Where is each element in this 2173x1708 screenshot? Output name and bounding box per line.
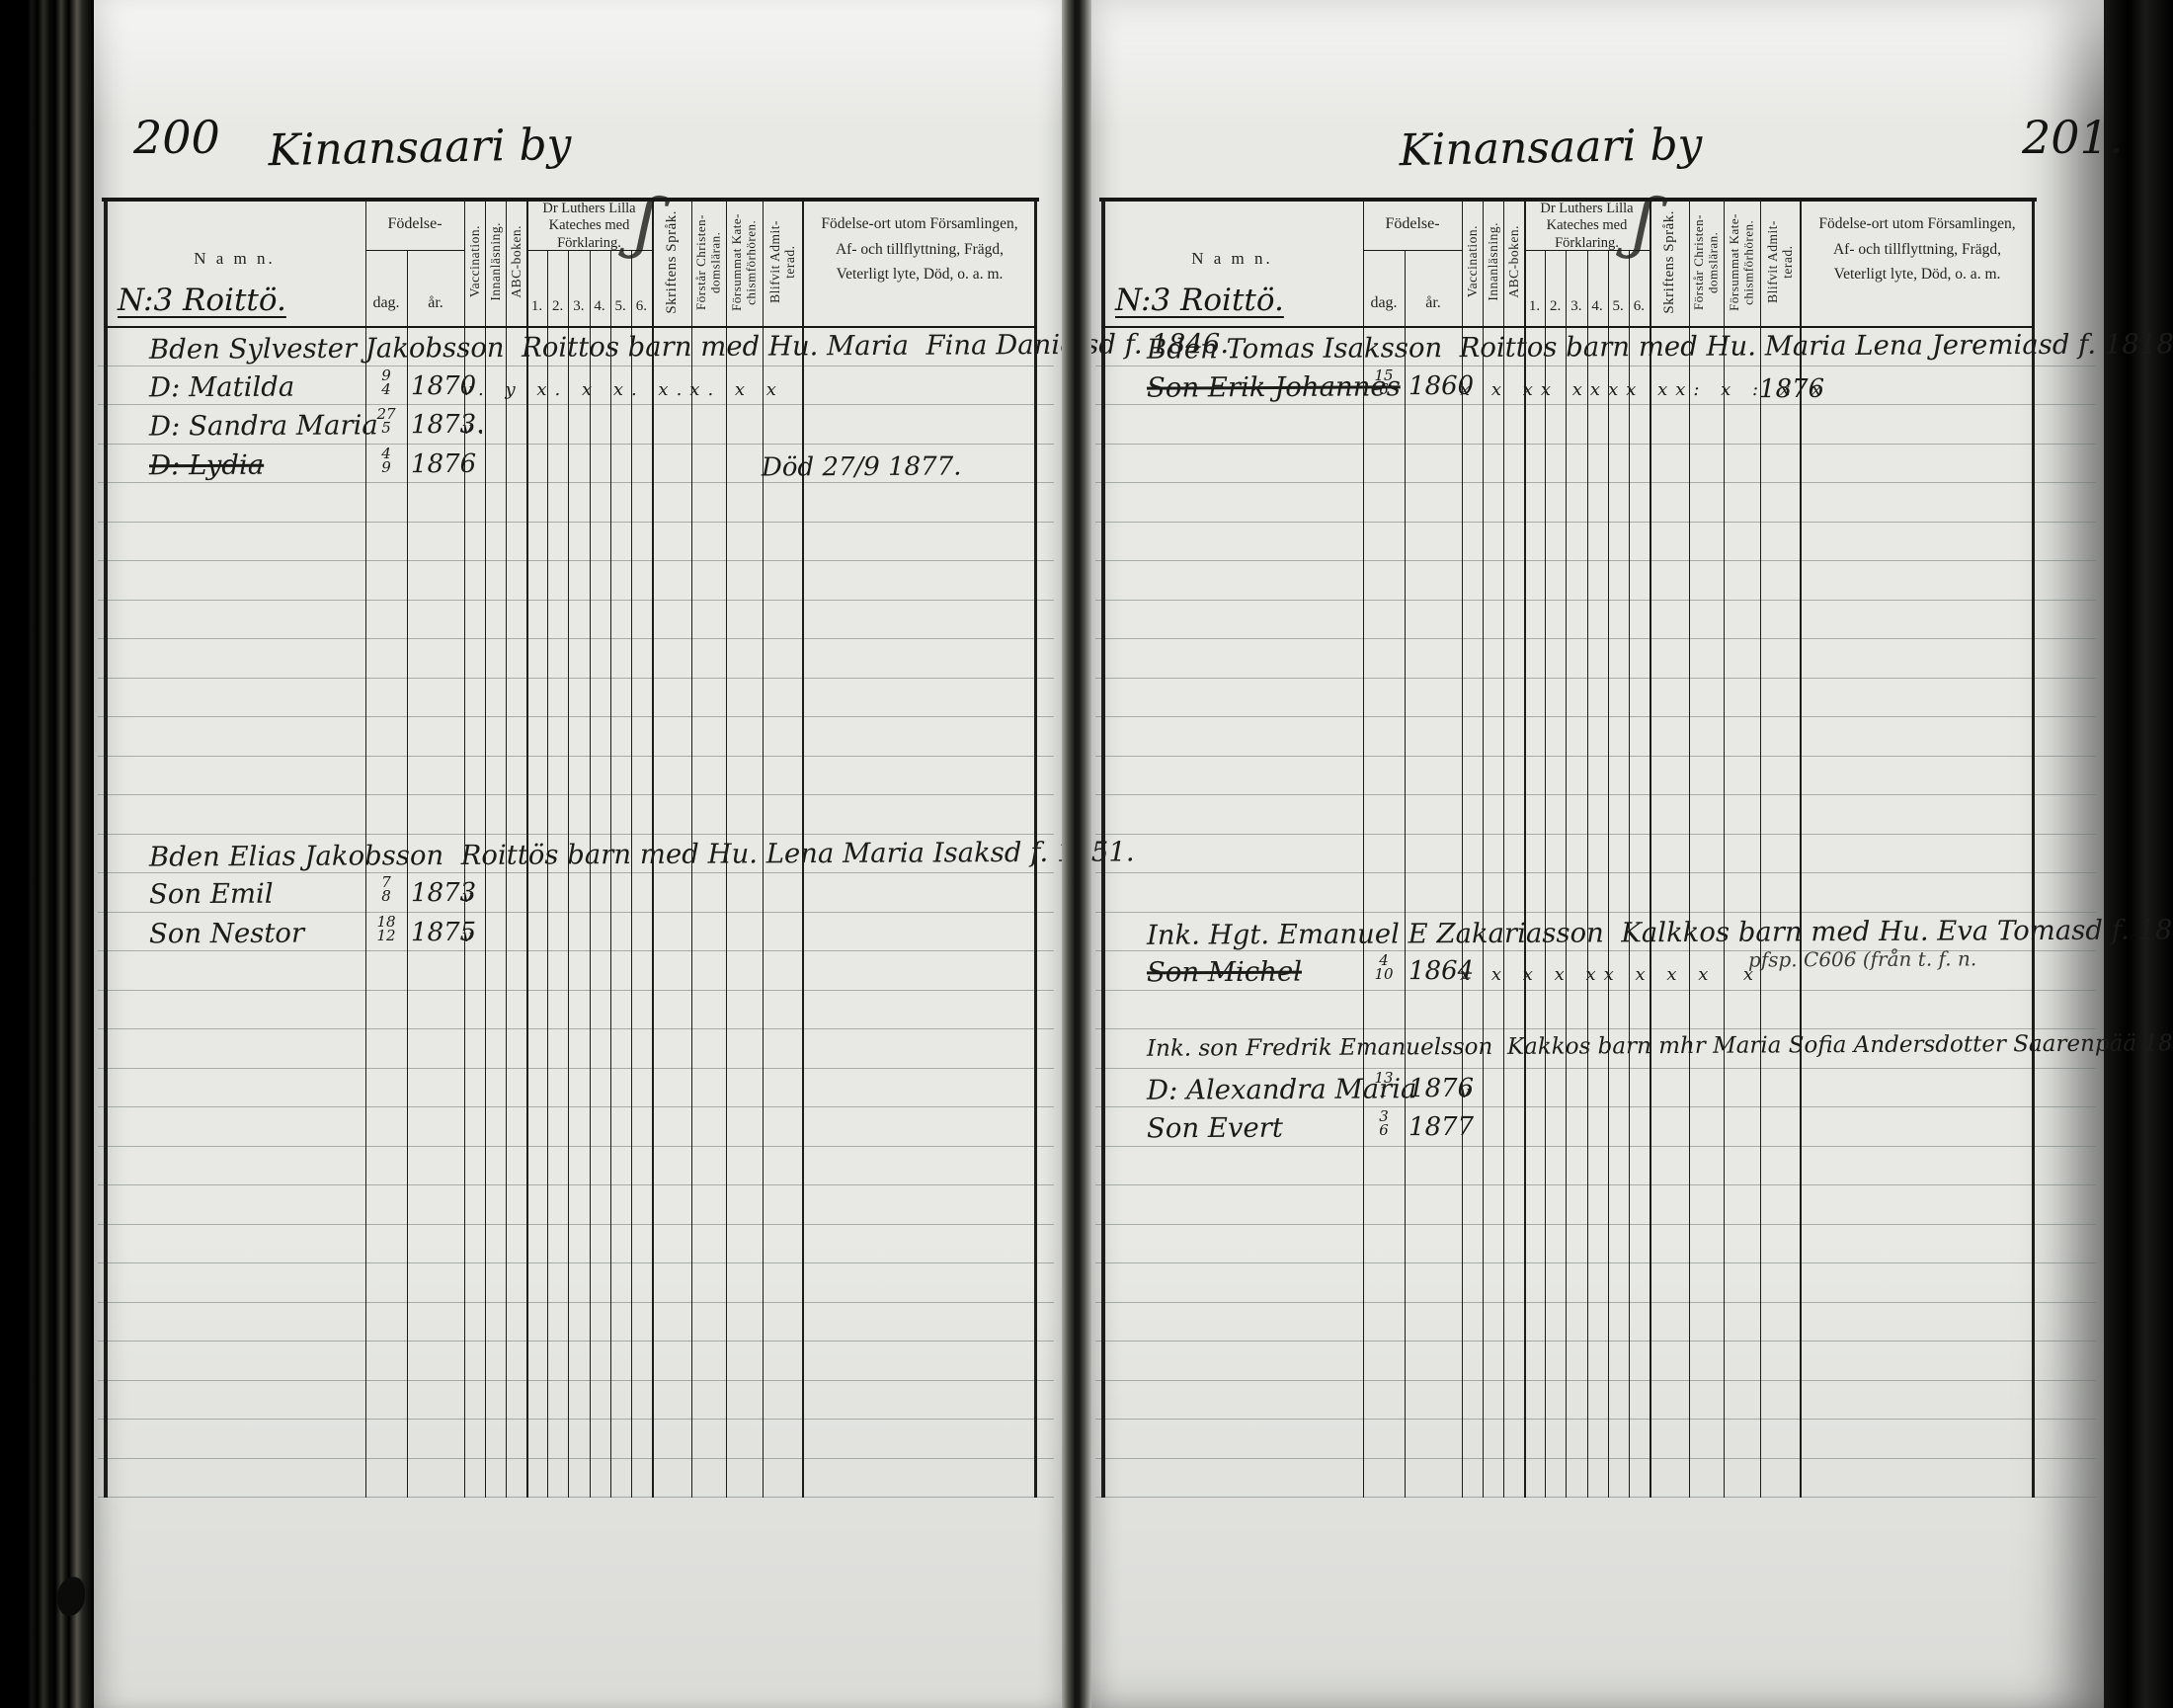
left-page: 200 Kinansaari by N:3 Roittö. N a m n.Fö… <box>94 0 1062 1708</box>
column-header-blifvit-admitterad: Blifvit Admit- terad. <box>1760 201 1800 323</box>
right-book-edge <box>2104 0 2173 1708</box>
table-column-line <box>568 250 569 1498</box>
birth-day: 15 6 <box>1368 368 1400 397</box>
table-column-line <box>2032 198 2035 1498</box>
table-column-line <box>1566 250 1567 1498</box>
column-header-skriftens-sprak: Skriftens Språk. <box>652 201 691 323</box>
section-label: N:3 Roittö. <box>1115 283 1284 318</box>
column-header-abc-boken: ABC-boken. <box>1503 201 1524 323</box>
column-header-kateches-5: 5. <box>1608 298 1629 315</box>
table-column-line <box>1101 198 1105 1498</box>
table-column-line <box>1629 250 1630 1498</box>
record-marks: v. <box>462 418 492 439</box>
table-column-line <box>590 250 591 1498</box>
column-header-kateches-1: 1. <box>1524 298 1545 315</box>
table-column-line <box>1545 250 1546 1498</box>
table-subheader-line <box>1363 250 1462 251</box>
record-table: N:3 Roittö. N a m n.Födelse-dag.år.Vacci… <box>1101 198 2035 1498</box>
record-marks: x x x x xx x x x x <box>1460 964 1761 985</box>
birth-day: 13 1 <box>1368 1071 1400 1099</box>
birth-day: 27 5 <box>370 407 402 436</box>
table-header-bottom-line <box>104 326 1037 328</box>
entry-name: D: Matilda <box>149 370 294 403</box>
column-header-namn: N a m n. <box>104 249 365 269</box>
column-header-forsummat-katechismforhoren: Försummat Kate- chismförhören. <box>1724 201 1760 323</box>
page-title: Kinansaari by <box>193 118 648 178</box>
record-table: N:3 Roittö. N a m n.Födelse-dag.år.Vacci… <box>104 198 1037 1498</box>
column-header-blifvit-admitterad-label: Blifvit Admit- terad. <box>1765 220 1795 303</box>
table-column-line <box>610 250 611 1498</box>
column-header-dag: dag. <box>1363 294 1405 312</box>
column-header-kateches-3: 3. <box>568 298 589 315</box>
column-header-kateches-3: 3. <box>1566 298 1586 315</box>
record-marks: v <box>1460 1082 1478 1102</box>
column-header-abc-boken-label: ABC-boken. <box>509 225 523 298</box>
column-header-forsummat-katechismforhoren: Försummat Kate- chismförhören. <box>726 201 763 323</box>
birth-day: 4 10 <box>1368 953 1400 982</box>
column-header-abc-boken-label: ABC-boken. <box>1506 225 1521 298</box>
record-marks: v <box>462 926 480 946</box>
birth-year: 1877 <box>1408 1112 1474 1142</box>
table-column-line <box>1405 250 1406 1498</box>
entry-line: Ink. Hgt. Emanuel E Zakariasson Kalkkos … <box>1147 914 2173 951</box>
column-header-fodelseort: Födelse-ort utom Församlingen, Af- och t… <box>802 211 1037 287</box>
table-column-line <box>407 250 408 1498</box>
birth-day: 9 4 <box>370 368 402 397</box>
column-header-innanlasning-label: Innanläsning. <box>1486 222 1500 301</box>
column-header-forstar-christendomslaran: Förstår Christen- domsläran. <box>691 201 726 323</box>
column-header-vaccination: Vaccination. <box>464 201 485 323</box>
table-column-line <box>104 198 108 1498</box>
column-header-kateches-2: 2. <box>547 298 568 315</box>
binding-gutter <box>1062 0 1091 1708</box>
entry-note: Död 27/9 1877. <box>762 451 962 482</box>
column-header-kateches-1: 1. <box>526 298 547 315</box>
column-header-forsummat-katechismforhoren-label: Försummat Kate- chismförhören. <box>730 213 759 311</box>
column-header-forstar-christendomslaran-label: Förstår Christen- domsläran. <box>1692 214 1721 310</box>
section-label: N:3 Roittö. <box>118 283 286 318</box>
entry-line: Bden Tomas Isaksson Roittos barn med Hu.… <box>1147 328 2173 365</box>
column-header-fodelse: Födelse- <box>365 215 464 233</box>
column-header-ar: år. <box>407 294 464 312</box>
table-column-line <box>547 250 548 1498</box>
table-column-line <box>1608 250 1609 1498</box>
entry-name: Son Evert <box>1147 1112 1283 1145</box>
birth-day: 7 8 <box>370 875 402 904</box>
column-header-forsummat-katechismforhoren-label: Försummat Kate- chismförhören. <box>1728 213 1756 311</box>
entry-name: Son Erik Johannes <box>1147 370 1401 403</box>
entry-name: D: Lydia <box>149 448 264 481</box>
birth-day: 18 12 <box>370 915 402 943</box>
page-title: Kinansaari by <box>1324 118 1779 178</box>
book-spread: 200 Kinansaari by N:3 Roittö. N a m n.Fö… <box>0 0 2173 1708</box>
table-header-bottom-line <box>1101 326 2035 328</box>
column-header-innanlasning: Innanläsning. <box>1483 201 1503 323</box>
column-header-vaccination: Vaccination. <box>1462 201 1483 323</box>
column-header-kateches-6: 6. <box>1629 298 1650 315</box>
column-header-innanlasning: Innanläsning. <box>485 201 506 323</box>
table-column-line <box>1587 250 1588 1498</box>
page-number: 201. <box>2022 111 2123 164</box>
column-header-ar: år. <box>1405 294 1462 312</box>
column-header-vaccination-label: Vaccination. <box>1465 225 1480 297</box>
entry-note: 1876 <box>1759 373 1824 403</box>
column-header-abc-boken: ABC-boken. <box>506 201 526 323</box>
entry-line: Ink. son Fredrik Emanuelsson Kakkos barn… <box>1147 1030 2173 1062</box>
column-header-kateches-2: 2. <box>1545 298 1566 315</box>
entry-name: Son Emil <box>149 878 274 911</box>
entry-name: Son Michel <box>1147 956 1302 989</box>
birth-day: 4 9 <box>370 447 402 475</box>
column-header-forstar-christendomslaran-label: Förstår Christen- domsläran. <box>694 214 723 310</box>
column-header-skriftens-sprak-label: Skriftens Språk. <box>1661 210 1678 314</box>
column-header-kateches-4: 4. <box>590 298 610 315</box>
column-header-dag: dag. <box>365 294 407 312</box>
record-marks: v. y x. x x. x.x. x x <box>462 379 784 400</box>
entry-line: Bden Elias Jakobsson Roittös barn med Hu… <box>149 836 1135 872</box>
column-header-skriftens-sprak-label: Skriftens Språk. <box>664 210 681 314</box>
left-book-edge <box>0 0 94 1708</box>
column-header-namn: N a m n. <box>1101 249 1363 269</box>
column-header-innanlasning-label: Innanläsning. <box>488 222 503 301</box>
entry-name: Son Nestor <box>149 917 304 949</box>
birth-day: 3 6 <box>1368 1109 1400 1138</box>
column-header-blifvit-admitterad-label: Blifvit Admit- terad. <box>767 220 797 303</box>
entry-name: D: Sandra Maria <box>149 409 378 442</box>
birth-year: 1876 <box>411 448 476 478</box>
table-column-line <box>631 250 632 1498</box>
column-header-kateches-6: 6. <box>631 298 652 315</box>
column-header-kateches-5: 5. <box>610 298 631 315</box>
column-header-kateches-4: 4. <box>1587 298 1608 315</box>
column-header-skriftens-sprak: Skriftens Språk. <box>1650 201 1689 323</box>
column-header-blifvit-admitterad: Blifvit Admit- terad. <box>763 201 802 323</box>
table-subheader-line <box>365 250 464 251</box>
column-header-fodelse: Födelse- <box>1363 215 1462 233</box>
column-header-vaccination-label: Vaccination. <box>467 225 482 297</box>
right-page: 201. Kinansaari by N:3 Roittö. N a m n.F… <box>1091 0 2104 1708</box>
entry-subnote: pfsp. C606 (från t. f. n. <box>1748 946 1976 971</box>
column-header-fodelseort: Födelse-ort utom Församlingen, Af- och t… <box>1800 211 2035 287</box>
record-marks: v <box>462 886 480 907</box>
column-header-forstar-christendomslaran: Förstår Christen- domsläran. <box>1689 201 1724 323</box>
